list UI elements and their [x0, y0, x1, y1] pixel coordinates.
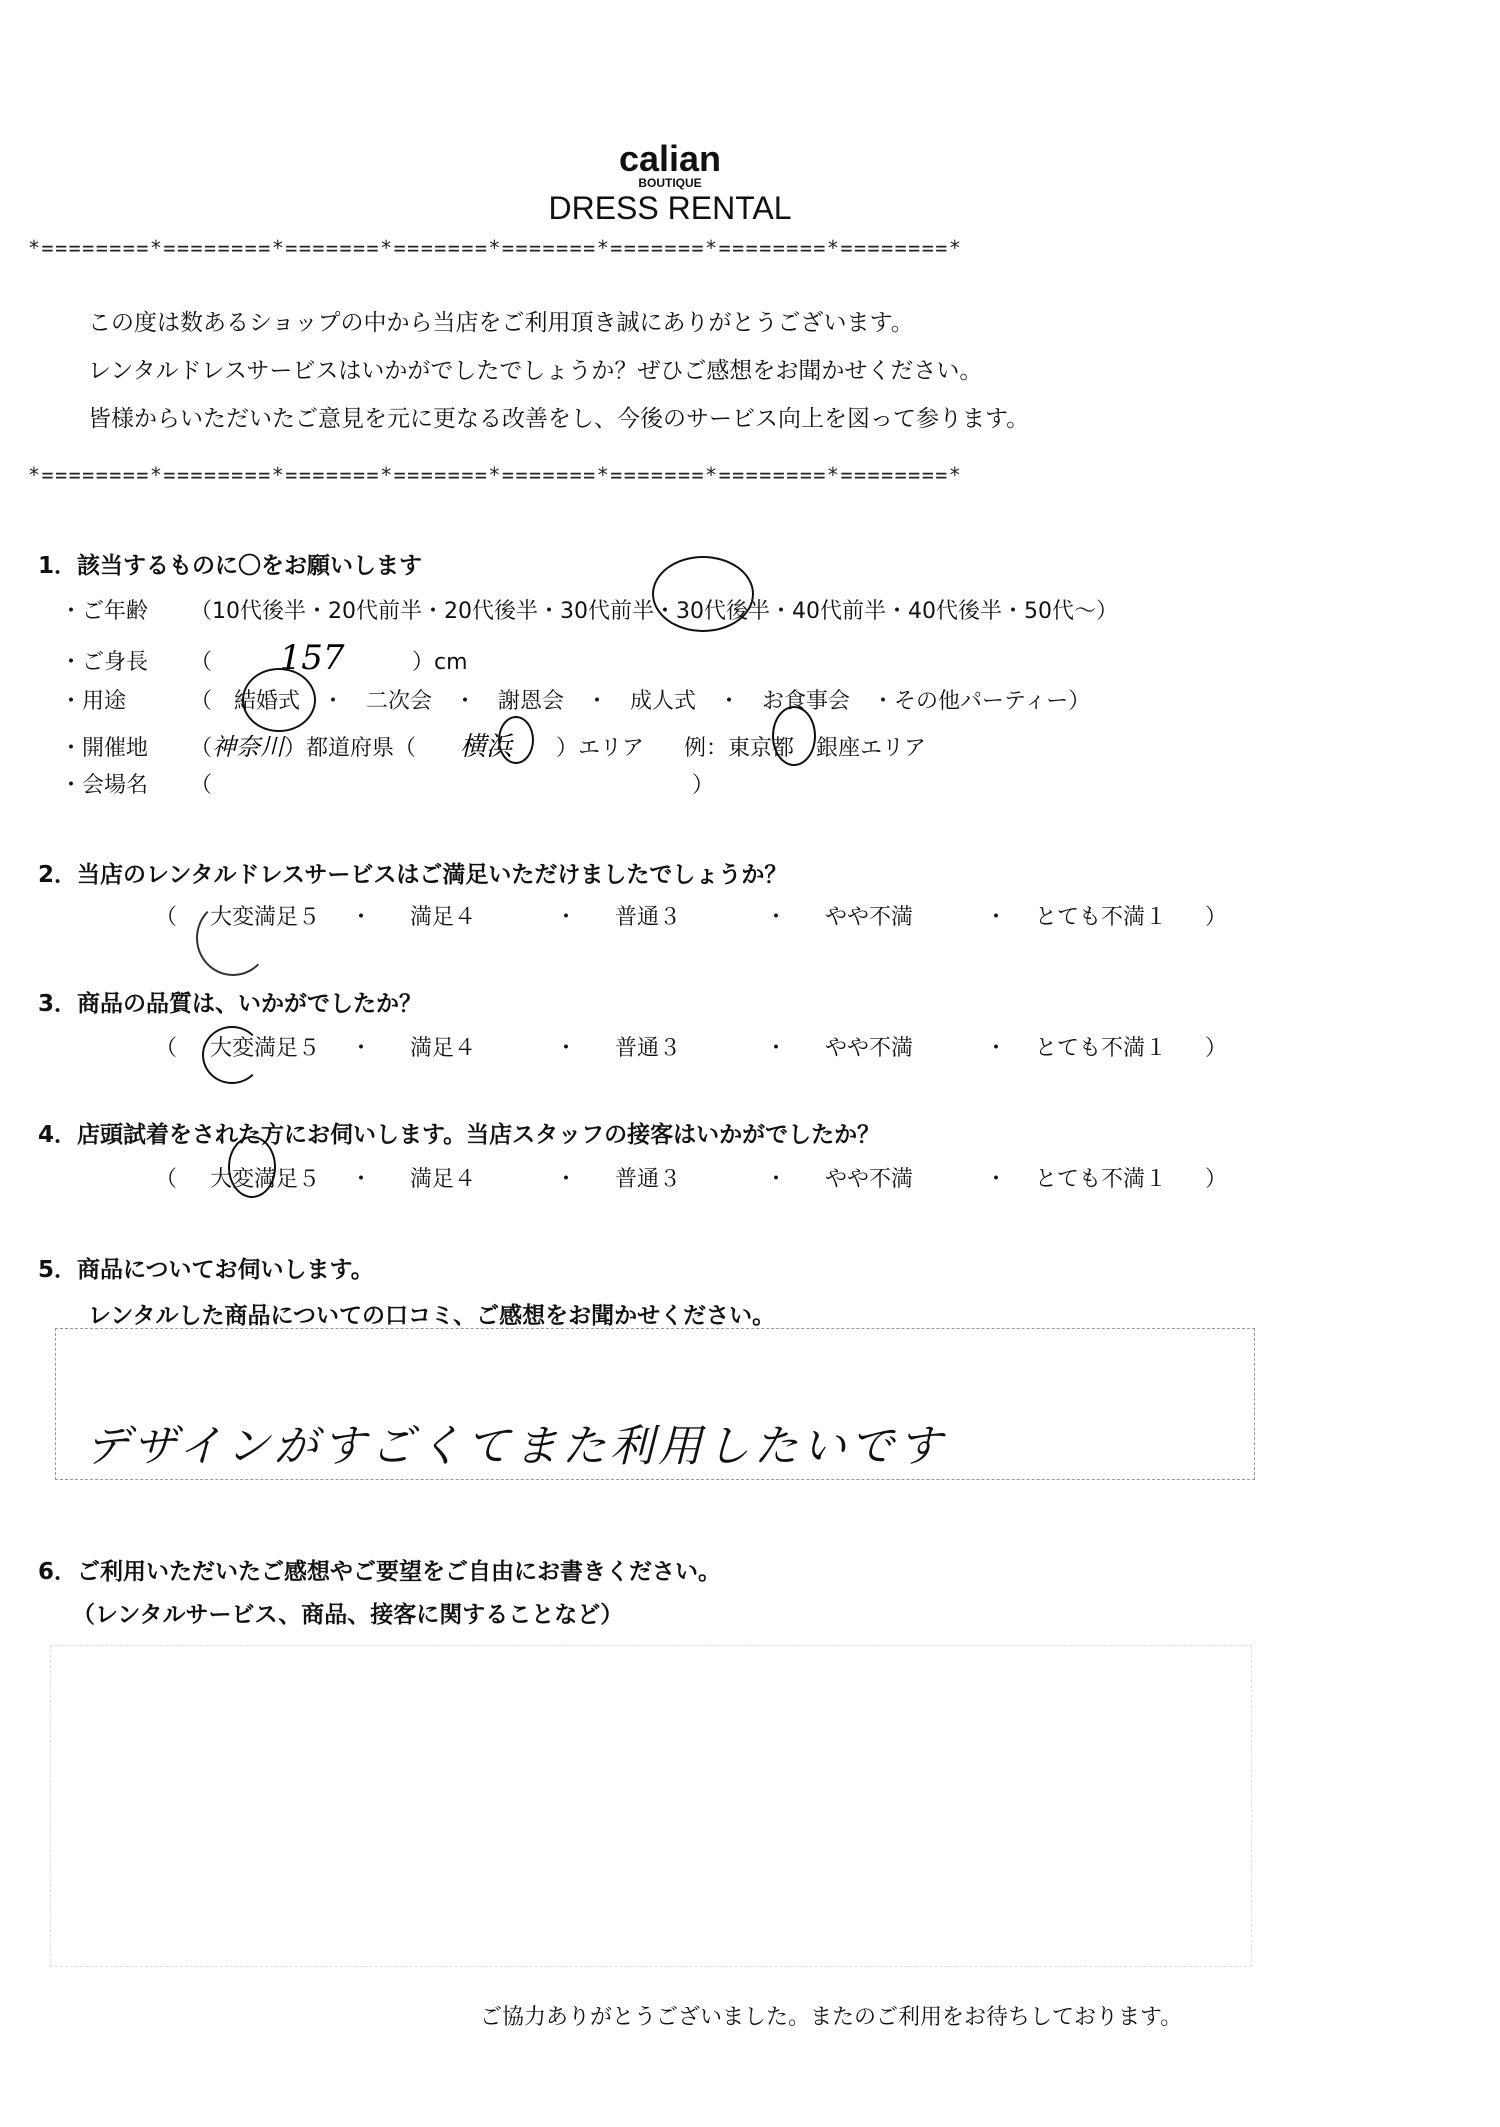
option-neutral[interactable]: 普通３ [615, 1162, 765, 1193]
q1-hall-row: ・会場名（） [60, 768, 714, 799]
q1-title: 1．該当するものに〇をお願いします [38, 547, 422, 580]
prefecture-input[interactable]: 神奈川 [212, 733, 284, 761]
height-label: ・ご身長 [60, 645, 190, 676]
intro-line-1: この度は数あるショップの中から当店をご利用頂き誠にありがとうございます。 [88, 304, 914, 337]
q5-title: 5．商品についてお伺いします。 [38, 1251, 374, 1284]
separator: ・ [765, 1031, 825, 1062]
prefecture-circle [498, 716, 534, 764]
hall-label: ・会場名 [60, 768, 190, 799]
q2-rating-scale[interactable]: （ 大変満足５ ・ 満足４ ・ 普通３ ・ やや不満 ・ とても不満１ ） [155, 900, 1227, 931]
separator: ・ [555, 900, 615, 931]
q6-subtitle: （レンタルサービス、商品、接客に関することなど） [72, 1596, 623, 1629]
option-very-dissatisfied[interactable]: とても不満１ [1035, 1162, 1205, 1193]
age-label: ・ご年齢 [60, 594, 190, 625]
separator: ・ [985, 900, 1035, 931]
paren-close: ） [1205, 900, 1227, 931]
paren-close: ） [1205, 1162, 1227, 1193]
separator: ・ [555, 1162, 615, 1193]
separator: ・ [985, 1031, 1035, 1062]
option-somewhat-dissatisfied[interactable]: やや不満 [825, 900, 985, 931]
paren-open: （ [190, 773, 212, 798]
q5-answer-text[interactable]: デザインがすごくてまた利用したいです [85, 1410, 946, 1474]
separator: ・ [350, 1162, 410, 1193]
page-title: DRESS RENTAL [0, 190, 1340, 227]
height-unit: ）cm [412, 650, 468, 675]
closing-message: ご協力ありがとうございました。またのご利用をお待ちしております。 [480, 2000, 1182, 2031]
option-satisfied[interactable]: 満足４ [410, 900, 555, 931]
q3-rating-scale[interactable]: （ 大変満足５ ・ 満足４ ・ 普通３ ・ やや不満 ・ とても不満１ ） [155, 1031, 1227, 1062]
separator: ・ [985, 1162, 1035, 1193]
q4-rating-scale[interactable]: （ 大変満足５ ・ 満足４ ・ 普通３ ・ やや不満 ・ とても不満１ ） [155, 1162, 1227, 1193]
q5-subtitle: レンタルした商品についての口コミ、ご感想をお聞かせください。 [88, 1297, 775, 1330]
area-circle [772, 706, 816, 766]
option-somewhat-dissatisfied[interactable]: やや不満 [825, 1162, 985, 1193]
separator: ・ [765, 1162, 825, 1193]
prefecture-suffix: ）都道府県（ [284, 736, 416, 761]
option-very-dissatisfied[interactable]: とても不満１ [1035, 1031, 1205, 1062]
option-very-dissatisfied[interactable]: とても不満１ [1035, 900, 1205, 931]
paren-close: ） [692, 773, 714, 798]
paren-open: （ [155, 1162, 210, 1193]
divider-top: *========*========*=======*=======*=====… [28, 236, 962, 260]
height-input[interactable]: 157 [212, 638, 412, 678]
q6-title: 6．ご利用いただいたご感想やご要望をご自由にお書きください。 [38, 1553, 721, 1586]
q3-selection-mark [202, 1026, 262, 1084]
q4-title: 4．店頭試着をされた方にお伺いします。当店スタッフの接客はいかがでしたか？ [38, 1116, 880, 1149]
separator: ・ [765, 900, 825, 931]
intro-line-3: 皆様からいただいたご意見を元に更なる改善をし、今後のサービス向上を図って参ります… [88, 400, 1029, 433]
option-neutral[interactable]: 普通３ [615, 900, 765, 931]
purpose-label: ・用途 [60, 684, 190, 715]
age-selection-circle [652, 556, 754, 632]
option-satisfied[interactable]: 満足４ [410, 1031, 555, 1062]
intro-line-2: レンタルドレスサービスはいかがでしたでしょうか？ぜひご感想をお聞かせください。 [88, 352, 982, 385]
option-somewhat-dissatisfied[interactable]: やや不満 [825, 1031, 985, 1062]
purpose-options[interactable]: （ 結婚式 ・ 二次会 ・ 謝恩会 ・ 成人式 ・ お食事会 ・その他パーティー… [190, 689, 1090, 714]
paren-open: （ [190, 736, 212, 761]
q2-title: 2．当店のレンタルドレスサービスはご満足いただけましたでしょうか？ [38, 856, 787, 889]
q2-selection-mark [196, 900, 270, 976]
separator: ・ [350, 900, 410, 931]
q4-selection-mark [228, 1136, 276, 1198]
q3-title: 3．商品の品質は、いかがでしたか？ [38, 985, 422, 1018]
divider-bottom: *========*========*=======*=======*=====… [28, 463, 962, 487]
separator: ・ [350, 1031, 410, 1062]
q1-purpose-row: ・用途（ 結婚式 ・ 二次会 ・ 謝恩会 ・ 成人式 ・ お食事会 ・その他パー… [60, 684, 1090, 715]
paren-open: （ [190, 650, 212, 675]
area-suffix: ）エリア [556, 736, 644, 761]
option-satisfied[interactable]: 満足４ [410, 1162, 555, 1193]
q1-age-row: ・ご年齢（10代後半・20代前半・20代後半・30代前半・30代後半・40代前半… [60, 594, 1118, 625]
brand-subtitle: BOUTIQUE [0, 176, 1340, 190]
brand-logo: calian [0, 138, 1340, 180]
q6-answer-box[interactable] [50, 1645, 1252, 1967]
paren-close: ） [1205, 1031, 1227, 1062]
separator: ・ [555, 1031, 615, 1062]
venue-label: ・開催地 [60, 731, 190, 762]
purpose-selection-circle [242, 668, 316, 732]
option-neutral[interactable]: 普通３ [615, 1031, 765, 1062]
area-input[interactable]: 横浜 [416, 726, 556, 763]
